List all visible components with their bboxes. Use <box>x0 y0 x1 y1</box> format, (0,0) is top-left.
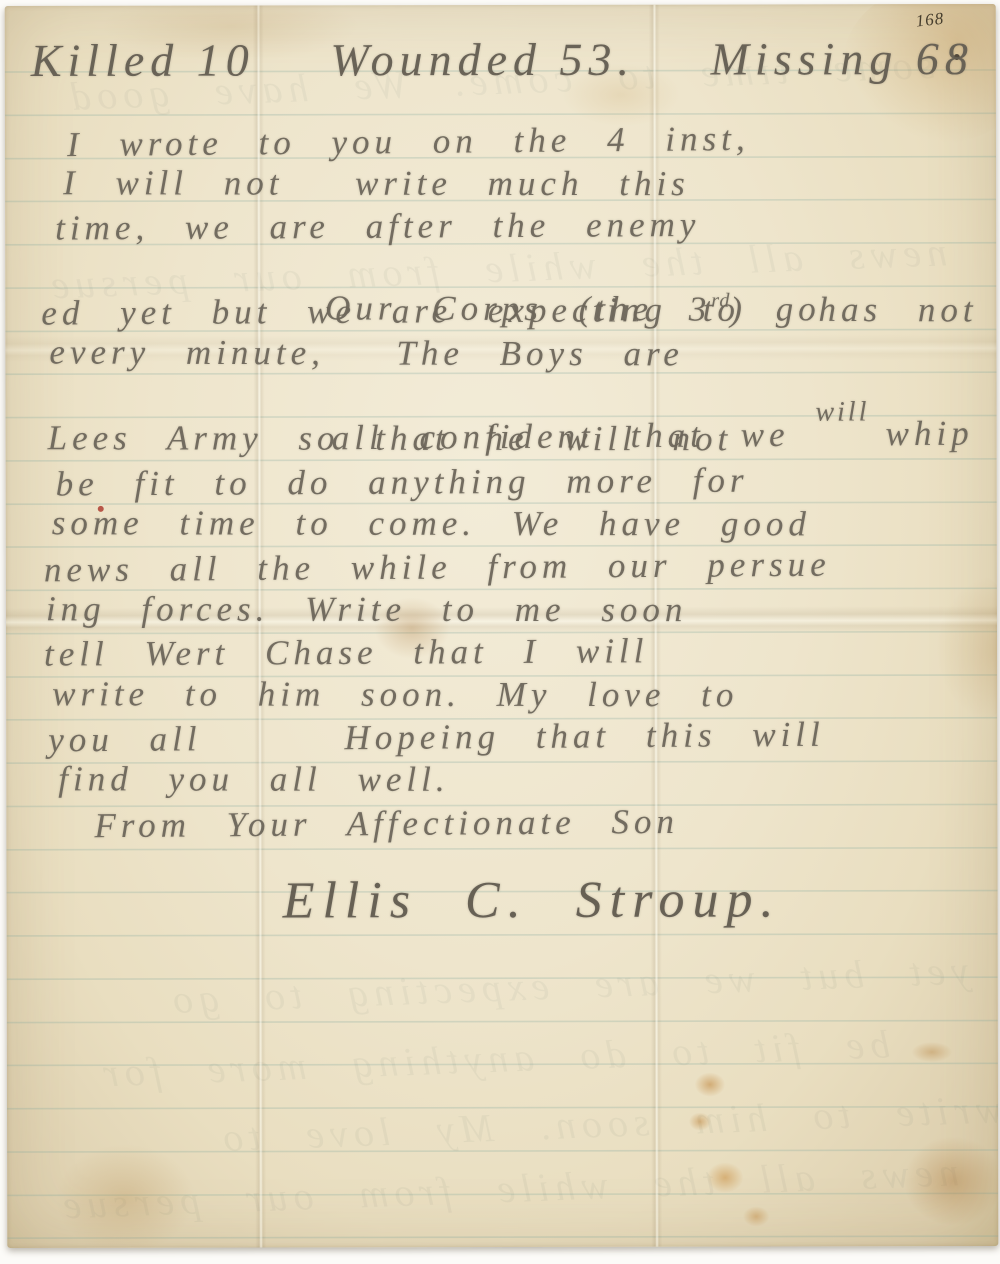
handwriting-line: tell Wert Chase that I will <box>44 629 989 677</box>
handwriting-line: find you all well. <box>58 759 989 803</box>
casualty-missing: Missing 68 <box>711 32 974 86</box>
handwriting-line: time, we are after the enemy <box>55 204 988 252</box>
casualty-killed: Killed 10 <box>31 34 255 87</box>
handwriting-line: some time to come. We have good <box>52 504 989 548</box>
handwriting-line: Lees Army so that he will not <box>48 418 989 462</box>
stain <box>689 1113 711 1131</box>
page-number: 168 <box>914 9 944 32</box>
handwriting-line: all confident that wewillwhip <box>45 373 988 423</box>
casualty-header-line: Killed 10 Wounded 53. Missing 68 <box>31 32 974 87</box>
scanned-letter-page: some time to come. We have good news all… <box>0 0 1000 1264</box>
closing-line: From Your Affectionate Son <box>94 799 989 848</box>
handwriting-line: I will not write much this <box>63 163 988 207</box>
stain <box>903 1136 998 1226</box>
handwriting-line: I wrote to you on the 4 inst, <box>67 117 988 168</box>
handwriting-line: be fit to do anything more for <box>56 459 989 507</box>
casualty-wounded: Wounded 53. <box>330 33 635 87</box>
handwriting-line: every minute, The Boys are <box>49 332 988 378</box>
stain <box>707 1162 743 1192</box>
handwriting-line: Our Corps (the 3rd) has not start- <box>39 247 988 293</box>
handwriting-line: ing forces. Write to me soon <box>46 589 989 633</box>
stain <box>912 1042 952 1062</box>
stain <box>743 1206 769 1226</box>
signature: Ellis C. Stroup. <box>7 870 998 931</box>
handwriting-line: write to him soon. My love to <box>52 674 989 718</box>
stain <box>695 1073 725 1097</box>
stain <box>55 1144 195 1248</box>
handwriting-line: you all Hopeing that this will <box>48 714 989 763</box>
letter-paper: some time to come. We have good news all… <box>5 4 999 1248</box>
handwriting-line: ed yet but we are expecting to go <box>41 289 988 337</box>
letter-body: I wrote to you on the 4 inst, I will not… <box>33 120 990 846</box>
handwriting-line: news all the while from our persue <box>44 543 989 593</box>
